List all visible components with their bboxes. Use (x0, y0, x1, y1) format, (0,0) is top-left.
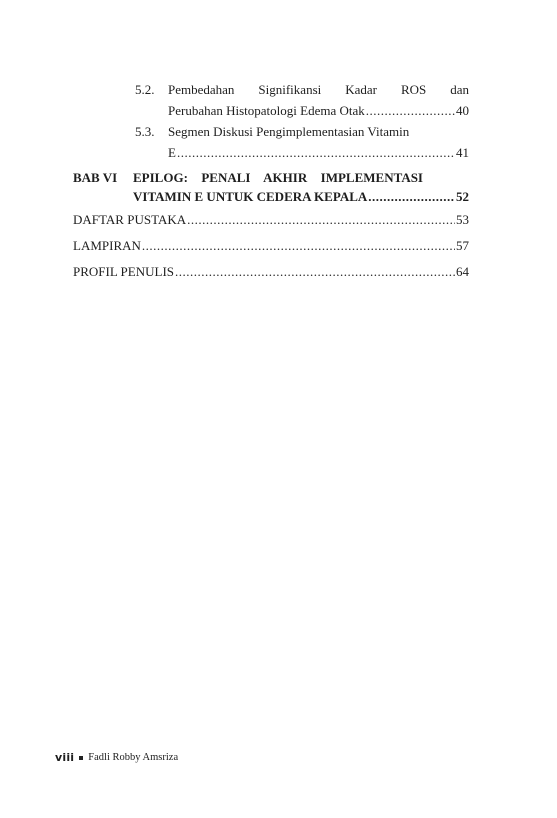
dot-leader (175, 264, 455, 280)
toc-entry-title: DAFTAR PUSTAKA (73, 212, 186, 228)
toc-item-title-line2: Perubahan Histopatologi Edema Otak (168, 103, 365, 119)
page-number: viii (55, 751, 74, 764)
toc-item-title-line1: Pembedahan Signifikansi Kadar ROS dan (168, 82, 469, 98)
dot-leader (177, 145, 455, 161)
dot-leader (142, 238, 455, 254)
author-name: Fadli Robby Amsriza (88, 752, 178, 763)
toc-page-number: 40 (456, 103, 469, 119)
toc-page-number: 57 (456, 238, 469, 254)
dot-leader (368, 189, 455, 205)
chapter-title-line1: EPILOG: PENALI AKHIR IMPLEMENTASI (133, 170, 423, 186)
square-bullet-icon (79, 756, 83, 760)
toc-page-number: 41 (456, 145, 469, 161)
toc-chapter-6[interactable]: VITAMIN E UNTUK CEDERA KEPALA 52 (133, 189, 469, 205)
toc-item-5-2[interactable]: Perubahan Histopatologi Edema Otak 40 (168, 103, 469, 119)
toc-item-title-line1: Segmen Diskusi Pengimplementasian Vitami… (168, 124, 409, 140)
toc-item-number: 5.3. (135, 124, 155, 140)
toc-page-number: 64 (456, 264, 469, 280)
toc-page-number: 53 (456, 212, 469, 228)
toc-item-number: 5.2. (135, 82, 155, 98)
toc-entry-title: PROFIL PENULIS (73, 264, 174, 280)
toc-entry-lampiran[interactable]: LAMPIRAN 57 (73, 238, 469, 254)
toc-item-title-line2: E (168, 145, 176, 161)
page-footer: viii Fadli Robby Amsriza (55, 751, 178, 764)
chapter-title-line2: VITAMIN E UNTUK CEDERA KEPALA (133, 189, 367, 205)
toc-page-number: 52 (456, 189, 469, 205)
toc-entry-title: LAMPIRAN (73, 238, 141, 254)
chapter-label: BAB VI (73, 170, 117, 186)
toc-entry-profil-penulis[interactable]: PROFIL PENULIS 64 (73, 264, 469, 280)
toc-entry-daftar-pustaka[interactable]: DAFTAR PUSTAKA 53 (73, 212, 469, 228)
dot-leader (187, 212, 455, 228)
dot-leader (366, 103, 455, 119)
toc-item-5-3[interactable]: E 41 (168, 145, 469, 161)
